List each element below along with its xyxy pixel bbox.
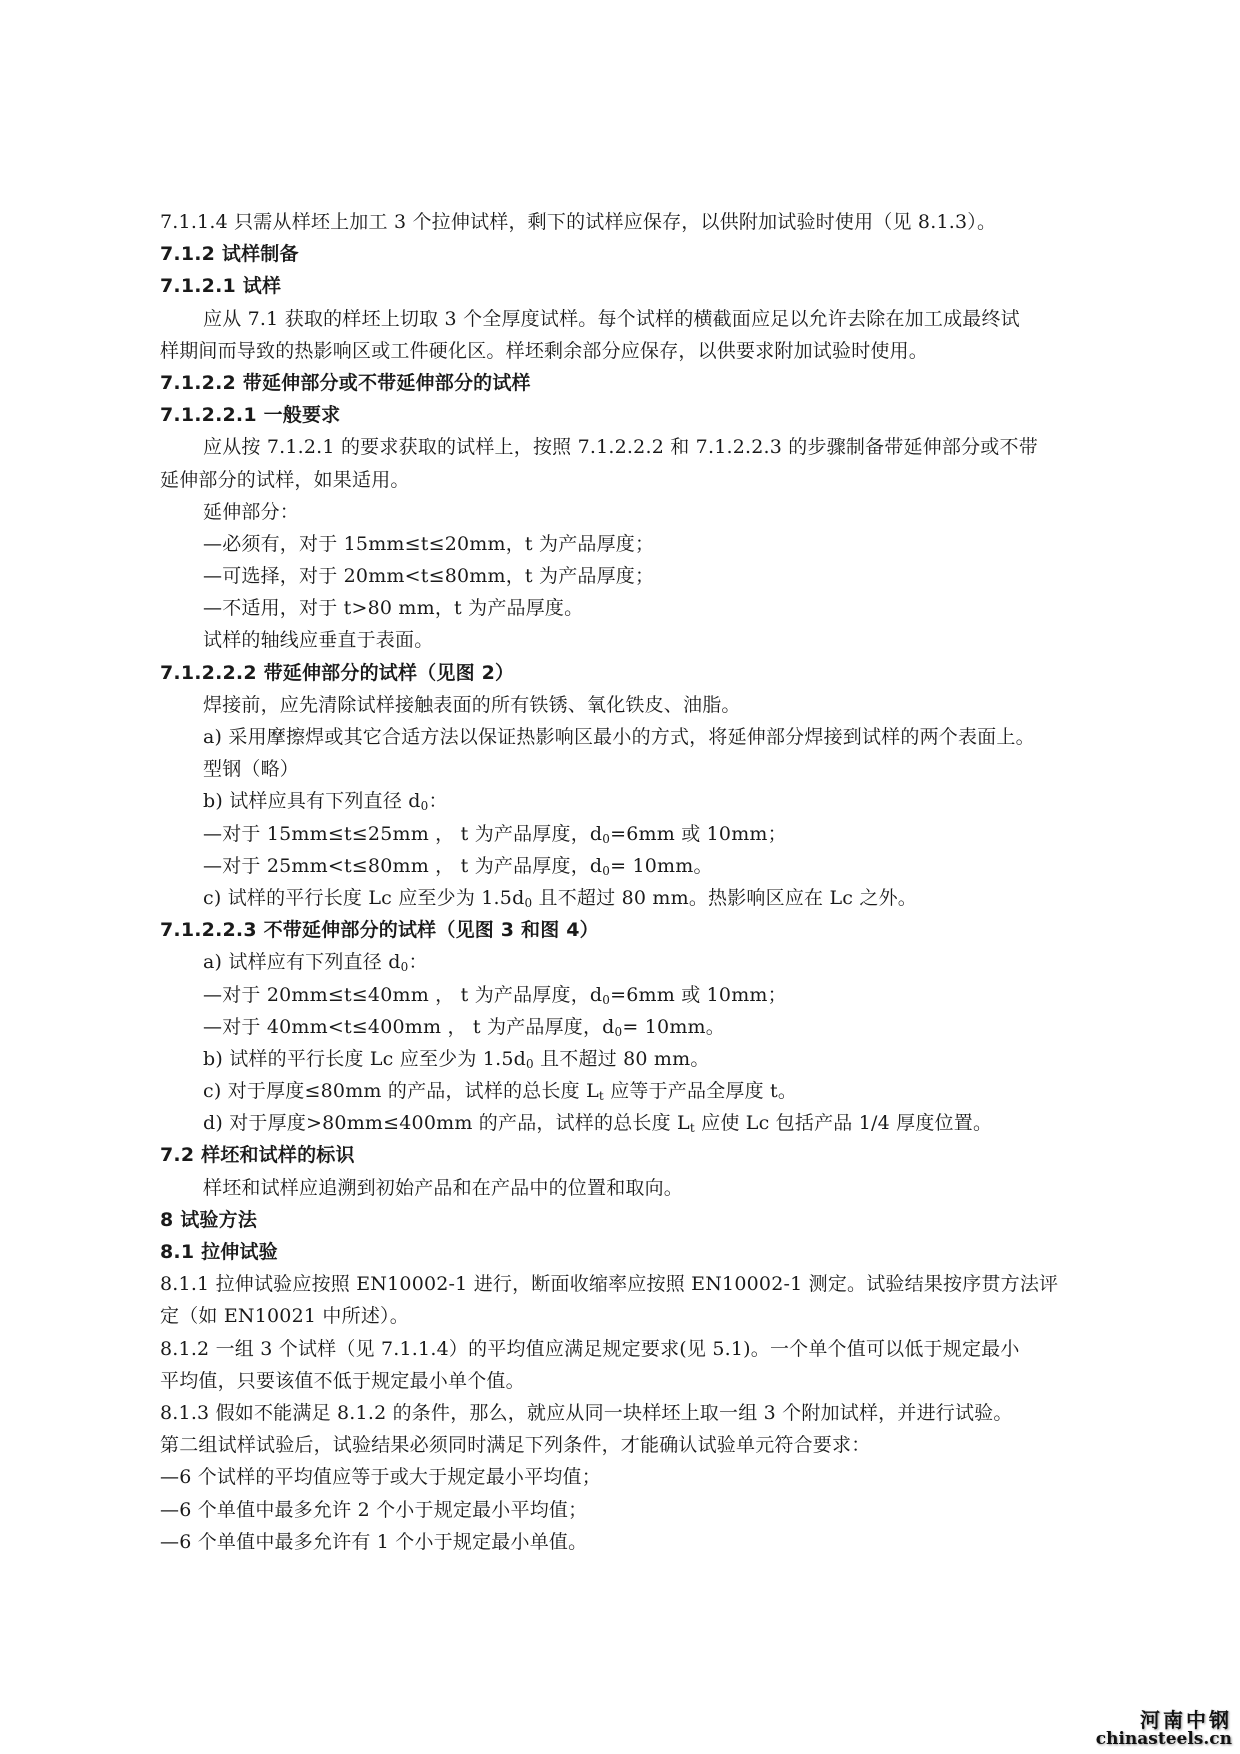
paragraph-line: —对于 20mm≤t≤40mm ， t 为产品厚度，d0=6mm 或 10mm；	[160, 979, 1120, 1011]
section-heading: 8 试验方法	[160, 1204, 1120, 1236]
subscript: 0	[602, 993, 610, 1007]
text-segment: ：	[428, 790, 447, 812]
paragraph-line: 型钢（略）	[160, 753, 1120, 785]
paragraph-line: b) 试样的平行长度 Lc 应至少为 1.5d0 且不超过 80 mm。	[160, 1043, 1120, 1075]
section-heading: 7.1.2 试样制备	[160, 238, 1120, 270]
text-segment: = 10mm。	[622, 1016, 725, 1038]
paragraph-line: 平均值，只要该值不低于规定最小单个值。	[160, 1365, 1120, 1397]
section-heading: 8.1 拉伸试验	[160, 1236, 1120, 1268]
paragraph-line: —不适用，对于 t>80 mm，t 为产品厚度。	[160, 592, 1120, 624]
text-segment: —对于 40mm<t≤400mm ， t 为产品厚度，d	[203, 1016, 615, 1038]
text-segment: d) 对于厚度>80mm≤400mm 的产品，试样的总长度 L	[203, 1112, 690, 1134]
section-heading: 7.1.2.2.2 带延伸部分的试样（见图 2）	[160, 657, 1120, 689]
subscript: 0	[526, 1057, 534, 1071]
watermark-domain: chinasteels.cn	[1096, 1730, 1232, 1748]
paragraph-line: 延伸部分的试样，如果适用。	[160, 464, 1120, 496]
paragraph-line: 延伸部分：	[160, 496, 1120, 528]
document-page: 7.1.1.4 只需从样坯上加工 3 个拉伸试样，剩下的试样应保存，以供附加试验…	[160, 206, 1120, 1558]
paragraph-line: 定（如 EN10021 中所述）。	[160, 1300, 1120, 1332]
paragraph-line: —对于 40mm<t≤400mm ， t 为产品厚度，d0= 10mm。	[160, 1011, 1120, 1043]
subscript: 0	[602, 832, 610, 846]
paragraph-line: —可选择，对于 20mm<t≤80mm，t 为产品厚度；	[160, 560, 1120, 592]
text-segment: —对于 20mm≤t≤40mm ， t 为产品厚度，d	[203, 984, 602, 1006]
paragraph-line: 样坯和试样应追溯到初始产品和在产品中的位置和取向。	[160, 1172, 1120, 1204]
section-heading: 7.1.2.2 带延伸部分或不带延伸部分的试样	[160, 367, 1120, 399]
paragraph-line: 8.1.1 拉伸试验应按照 EN10002-1 进行，断面收缩率应按照 EN10…	[160, 1268, 1120, 1300]
text-segment: —对于 25mm<t≤80mm ， t 为产品厚度，d	[203, 855, 602, 877]
paragraph-line: c) 对于厚度≤80mm 的产品，试样的总长度 Lt 应等于产品全厚度 t。	[160, 1075, 1120, 1107]
text-segment: c) 对于厚度≤80mm 的产品，试样的总长度 L	[203, 1080, 599, 1102]
paragraph-line: —对于 15mm≤t≤25mm ， t 为产品厚度，d0=6mm 或 10mm；	[160, 818, 1120, 850]
text-segment: ：	[408, 951, 427, 973]
watermark-chinese: 河南中钢	[1096, 1710, 1232, 1730]
text-segment: 应等于产品全厚度 t。	[604, 1080, 797, 1102]
paragraph-line: 8.1.2 一组 3 个试样（见 7.1.1.4）的平均值应满足规定要求(见 5…	[160, 1333, 1120, 1365]
text-segment: 且不超过 80 mm。热影响区应在 Lc 之外。	[532, 887, 917, 909]
text-segment: 应使 Lc 包括产品 1/4 厚度位置。	[695, 1112, 992, 1134]
paragraph-line: 样期间而导致的热影响区或工件硬化区。样坯剩余部分应保存，以供要求附加试验时使用。	[160, 335, 1120, 367]
text-segment: b) 试样的平行长度 Lc 应至少为 1.5d	[203, 1048, 526, 1070]
paragraph-line: 应从 7.1 获取的样坯上切取 3 个全厚度试样。每个试样的横截面应足以允许去除…	[160, 303, 1120, 335]
text-segment: c) 试样的平行长度 Lc 应至少为 1.5d	[203, 887, 524, 909]
paragraph-line: a) 采用摩擦焊或其它合适方法以保证热影响区最小的方式，将延伸部分焊接到试样的两…	[160, 721, 1120, 753]
paragraph-line: 试样的轴线应垂直于表面。	[160, 624, 1120, 656]
paragraph-line: —6 个单值中最多允许有 1 个小于规定最小单值。	[160, 1526, 1120, 1558]
watermark-logo: 河南中钢 chinasteels.cn	[1096, 1710, 1232, 1748]
text-segment: =6mm 或 10mm；	[610, 823, 787, 845]
text-segment: a) 试样应有下列直径 d	[203, 951, 401, 973]
paragraph-line: —必须有，对于 15mm≤t≤20mm，t 为产品厚度；	[160, 528, 1120, 560]
paragraph-line: b) 试样应具有下列直径 d0：	[160, 785, 1120, 817]
paragraph-line: —6 个单值中最多允许 2 个小于规定最小平均值；	[160, 1494, 1120, 1526]
paragraph-line: 第二组试样试验后，试验结果必须同时满足下列条件，才能确认试验单元符合要求：	[160, 1429, 1120, 1461]
section-heading: 7.1.2.2.1 一般要求	[160, 399, 1120, 431]
paragraph-line: 8.1.3 假如不能满足 8.1.2 的条件，那么，就应从同一块样坯上取一组 3…	[160, 1397, 1120, 1429]
section-heading: 7.2 样坯和试样的标识	[160, 1139, 1120, 1171]
text-segment: =6mm 或 10mm；	[610, 984, 787, 1006]
paragraph-line: 应从按 7.1.2.1 的要求获取的试样上，按照 7.1.2.2.2 和 7.1…	[160, 431, 1120, 463]
text-segment: b) 试样应具有下列直径 d	[203, 790, 421, 812]
paragraph-line: d) 对于厚度>80mm≤400mm 的产品，试样的总长度 Lt 应使 Lc 包…	[160, 1107, 1120, 1139]
text-segment: 且不超过 80 mm。	[534, 1048, 710, 1070]
paragraph-line: c) 试样的平行长度 Lc 应至少为 1.5d0 且不超过 80 mm。热影响区…	[160, 882, 1120, 914]
text-segment: —对于 15mm≤t≤25mm ， t 为产品厚度，d	[203, 823, 602, 845]
paragraph-line: 焊接前，应先清除试样接触表面的所有铁锈、氧化铁皮、油脂。	[160, 689, 1120, 721]
section-heading: 7.1.2.1 试样	[160, 270, 1120, 302]
paragraph-line: a) 试样应有下列直径 d0：	[160, 946, 1120, 978]
text-segment: = 10mm。	[610, 855, 713, 877]
section-heading: 7.1.2.2.3 不带延伸部分的试样（见图 3 和图 4）	[160, 914, 1120, 946]
paragraph-line: —对于 25mm<t≤80mm ， t 为产品厚度，d0= 10mm。	[160, 850, 1120, 882]
paragraph-line: —6 个试样的平均值应等于或大于规定最小平均值；	[160, 1461, 1120, 1493]
subscript: 0	[602, 864, 610, 878]
paragraph-line: 7.1.1.4 只需从样坯上加工 3 个拉伸试样，剩下的试样应保存，以供附加试验…	[160, 206, 1120, 238]
